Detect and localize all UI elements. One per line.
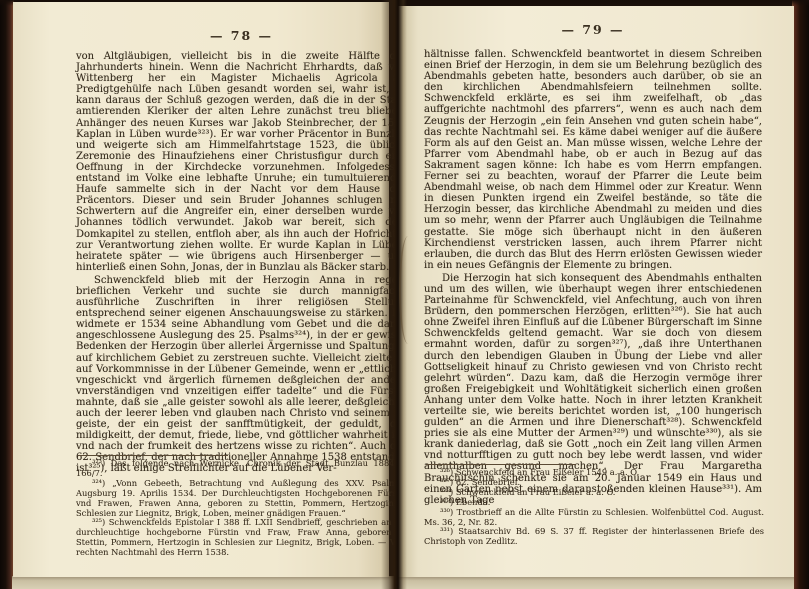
footnote-marker: ³³⁰) <box>440 507 453 517</box>
footnote-marker: ³²⁶) <box>440 467 453 477</box>
page-79-number: — 79 — <box>424 22 762 37</box>
page-78: — 78 — von Altgläubigen, vielleicht bis … <box>13 2 389 577</box>
photo-left-edge <box>0 0 14 589</box>
page-79-footnotes: ³²⁶) Schwenckfeld an Frau Eißeler 1549 a… <box>424 464 764 547</box>
footnote-marker: ³²⁴) <box>92 478 105 488</box>
footnote-text: Das folgende nach Wernicke, Chronik der … <box>76 458 408 478</box>
footnote-text: 62. Sendebrief. <box>456 477 520 487</box>
footnote: ³³⁰) Trostbrieff an die Allte Fürstin zu… <box>424 508 764 528</box>
page-78-number: — 78 — <box>76 28 407 43</box>
footnote-text: Staatsarchiv Bd. 69 S. 37 ff. Register d… <box>424 526 764 546</box>
footnote-marker: ³²⁵) <box>92 517 105 527</box>
footnote: ³²³) Das folgende nach Wernicke, Chronik… <box>76 459 408 479</box>
photo-right-edge <box>792 0 809 589</box>
paragraph: Schwenckfeld blieb mit der Herzogin Anna… <box>76 275 407 475</box>
page-79: — 79 — hältnisse fallen. Schwenckfeld be… <box>398 6 794 577</box>
page-curl-line <box>399 236 417 344</box>
page-78-footnotes: ³²³) Das folgende nach Wernicke, Chronik… <box>76 455 408 558</box>
footnote-separator-rule <box>78 455 228 456</box>
footnote-text: Schwenckfelds Epistolar I 388 ff. LXII S… <box>76 517 408 557</box>
footnote-text: Trostbrieff an die Allte Fürstin zu Schl… <box>424 507 764 527</box>
page-78-body: von Altgläubigen, vielleicht bis in die … <box>76 51 407 475</box>
footnote-text: Ebenda. <box>456 497 491 507</box>
footnote-text: Schwenckfeld an Frau Eißeler a. a. O. <box>456 487 616 497</box>
footnote: ³²⁴) „Vonn Gebeeth, Betrachtung vnd Außl… <box>76 479 408 519</box>
page-79-body: hältnisse fallen. Schwenckfeld beantwort… <box>424 49 762 506</box>
footnote: ³³¹) Staatsarchiv Bd. 69 S. 37 ff. Regis… <box>424 527 764 547</box>
footnote-marker: ³²³) <box>92 458 105 468</box>
footnote-marker: ³²⁷) <box>440 477 453 487</box>
paragraph: von Altgläubigen, vielleicht bis in die … <box>76 51 407 273</box>
book-photo: — 78 — von Altgläubigen, vielleicht bis … <box>0 0 809 589</box>
footnote-marker: ³²⁸) <box>440 487 453 497</box>
paragraph: hältnisse fallen. Schwenckfeld beantwort… <box>424 49 762 271</box>
footnote-text: Schwenckfeld an Frau Eißeler 1549 a. a. … <box>456 467 639 477</box>
footnote-separator-rule <box>426 464 576 465</box>
footnote-marker: ³³¹) <box>440 526 453 536</box>
footnote-marker: ³²⁹) <box>440 497 453 507</box>
footnote: ³²⁵) Schwenckfelds Epistolar I 388 ff. L… <box>76 518 408 558</box>
footnote-text: „Vonn Gebeeth, Betrachtung vnd Außlegung… <box>76 478 408 518</box>
